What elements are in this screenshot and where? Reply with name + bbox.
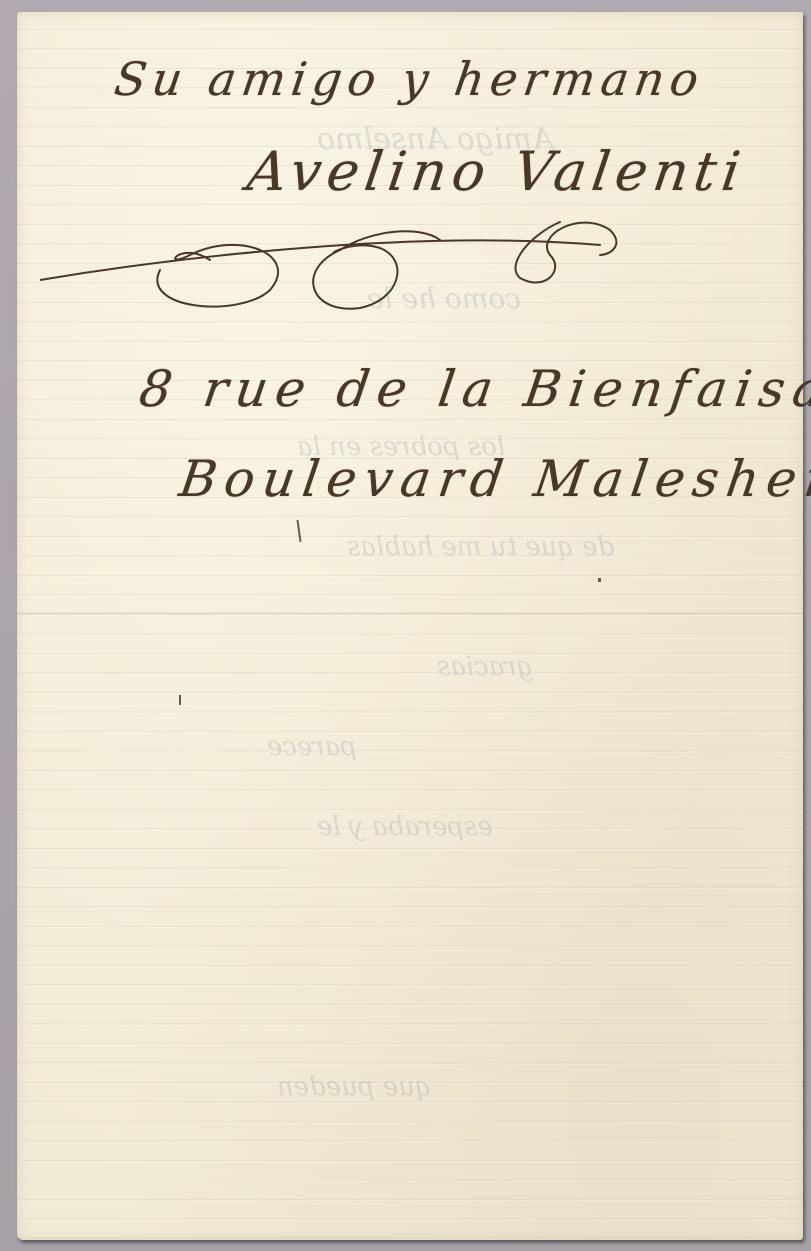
signature-flourish: [40, 200, 620, 320]
bleed-through-text: que pueden: [277, 1072, 432, 1102]
address-street: 8 rue de la Bienfaisance: [136, 360, 811, 418]
bleed-through-text: gracias: [437, 652, 533, 682]
bleed-through-text: de que tu me hablas: [347, 532, 614, 562]
ink-mark: [598, 578, 601, 582]
address-boulevard: Boulevard Malesherbes: [176, 450, 811, 508]
bleed-through-text: parece: [267, 732, 357, 762]
closing-line: Su amigo y hermano: [111, 52, 708, 106]
ink-mark: [179, 695, 181, 705]
bleed-through-text: esperaba y le: [317, 812, 493, 842]
paper-fold-crease: [17, 612, 803, 615]
signature-name: Avelino Valenti: [244, 140, 750, 203]
